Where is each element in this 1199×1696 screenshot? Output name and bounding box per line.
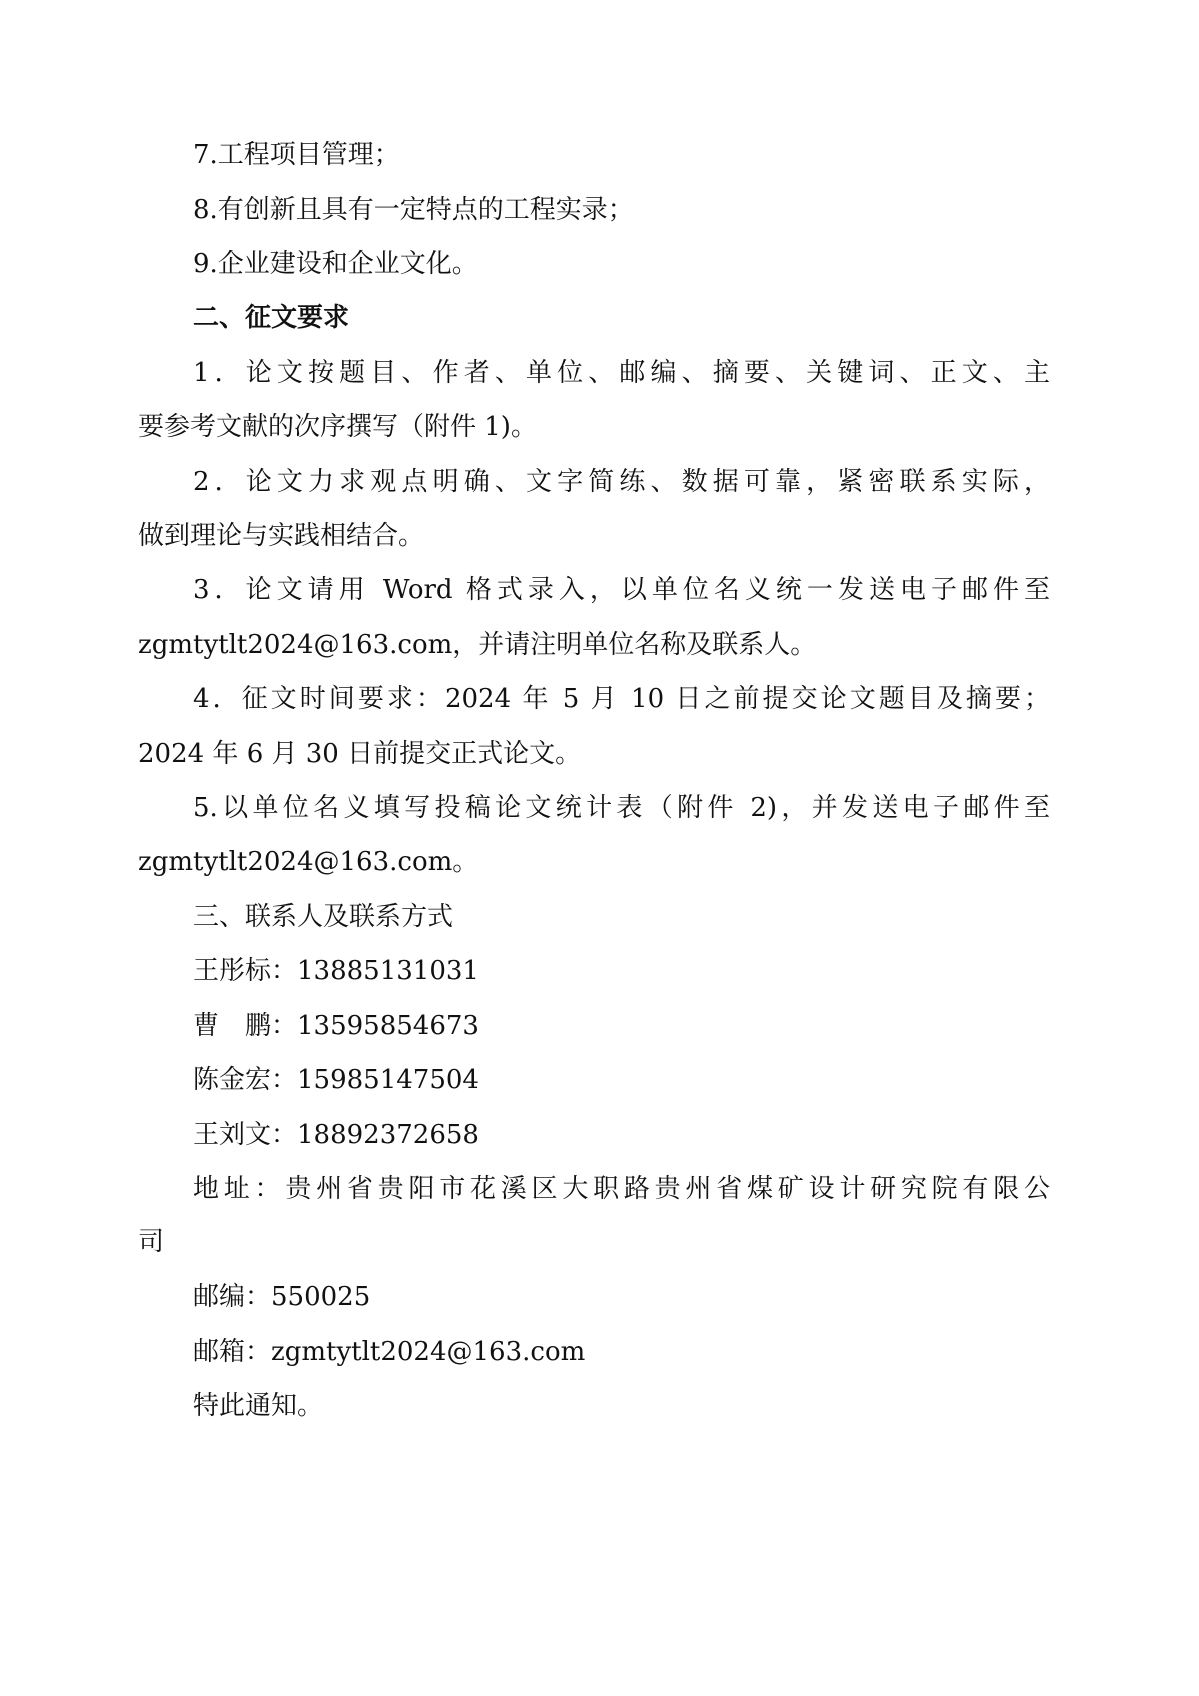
requirement-3-line-2: zgmtytlt2024@163.com，并请注明单位名称及联系人。 <box>138 625 1050 665</box>
contact-row: 王刘文：18892372658 <box>193 1115 1050 1155</box>
requirement-1-line-1: 1．论文按题目、作者、单位、邮编、摘要、关键词、正文、主 <box>193 353 1050 393</box>
contact-label: 王刘文： <box>193 1120 297 1150</box>
contact-label: 曹 鹏： <box>193 1011 297 1041</box>
requirement-4-line-1: 4．征文时间要求：2024 年 5 月 10 日之前提交论文题目及摘要； <box>193 679 1050 719</box>
requirement-5-line-1: 5.以单位名义填写投稿论文统计表（附件 2)，并发送电子邮件至 <box>193 788 1050 828</box>
section-heading-contacts: 三、联系人及联系方式 <box>193 897 1050 937</box>
topic-item-8: 8.有创新且具有一定特点的工程实录； <box>193 190 1050 230</box>
topic-item-9: 9.企业建设和企业文化。 <box>193 244 1050 284</box>
document-page: 7.工程项目管理； 8.有创新且具有一定特点的工程实录； 9.企业建设和企业文化… <box>0 0 1199 1696</box>
contact-phone: 13885131031 <box>297 956 479 986</box>
postcode: 邮编：550025 <box>193 1277 1050 1317</box>
section-heading-requirements: 二、征文要求 <box>193 298 1050 338</box>
contact-label: 王彤标： <box>193 956 297 986</box>
contact-label: 陈金宏： <box>193 1065 297 1095</box>
closing-remark: 特此通知。 <box>193 1386 1050 1426</box>
contact-phone: 18892372658 <box>297 1120 479 1150</box>
contact-phone: 13595854673 <box>297 1011 479 1041</box>
contact-row: 王彤标：13885131031 <box>193 951 1050 991</box>
requirement-2-line-1: 2．论文力求观点明确、文字简练、数据可靠，紧密联系实际， <box>193 462 1050 502</box>
requirement-5-line-2: zgmtytlt2024@163.com。 <box>138 842 1050 882</box>
contact-row: 陈金宏：15985147504 <box>193 1060 1050 1100</box>
email: 邮箱：zgmtytlt2024@163.com <box>193 1332 1050 1372</box>
topic-item-7: 7.工程项目管理； <box>193 135 1050 175</box>
requirement-2-line-2: 做到理论与实践相结合。 <box>138 516 1050 556</box>
address-line-1: 地址：贵州省贵阳市花溪区大职路贵州省煤矿设计研究院有限公 <box>193 1169 1050 1209</box>
contact-row: 曹 鹏：13595854673 <box>193 1006 1050 1046</box>
address-line-2: 司 <box>138 1222 1050 1262</box>
contact-phone: 15985147504 <box>297 1065 479 1095</box>
requirement-1-line-2: 要参考文献的次序撰写（附件 1)。 <box>138 407 1050 447</box>
requirement-3-line-1: 3．论文请用 Word 格式录入，以单位名义统一发送电子邮件至 <box>193 570 1050 610</box>
requirement-4-line-2: 2024 年 6 月 30 日前提交正式论文。 <box>138 734 1050 774</box>
